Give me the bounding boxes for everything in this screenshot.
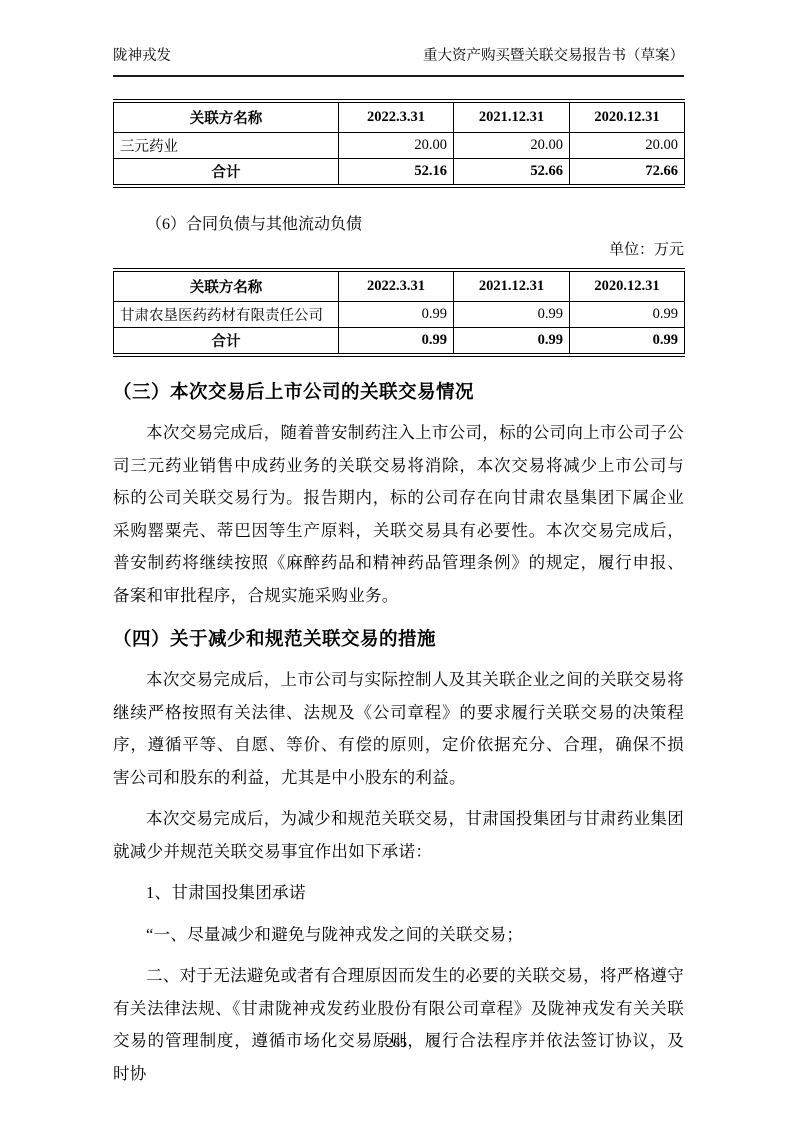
col-header-2022-3-31: 2022.3.31 — [339, 101, 454, 133]
total-2021-cell: 52.66 — [454, 159, 570, 187]
table-row: 甘肃农垦医药药材有限责任公司 0.99 0.99 0.99 — [114, 302, 685, 328]
col-header-2020-12-31: 2020.12.31 — [570, 101, 685, 133]
table-header-row: 关联方名称 2022.3.31 2021.12.31 2020.12.31 — [114, 270, 685, 302]
total-2022-cell: 52.16 — [339, 159, 454, 187]
commitment-text-2: 二、对于无法避免或者有合理原因而发生的必要的关联交易，将严格遵守有关法律法规、《… — [113, 960, 684, 1090]
col-header-2020-12-31: 2020.12.31 — [570, 270, 685, 302]
value-2021-cell: 20.00 — [454, 133, 570, 159]
header-report-title: 重大资产购买暨关联交易报告书（草案） — [423, 46, 684, 66]
contract-liabilities-table: 关联方名称 2022.3.31 2021.12.31 2020.12.31 甘肃… — [113, 268, 685, 357]
total-label-cell: 合计 — [114, 328, 339, 356]
value-2021-cell: 0.99 — [454, 302, 570, 328]
value-2022-cell: 0.99 — [339, 302, 454, 328]
party-name-cell: 甘肃农垦医药药材有限责任公司 — [114, 302, 339, 328]
commitment-text-1: “一、尽量减少和避免与陇神戎发之间的关联交易； — [113, 919, 684, 952]
running-header: 陇神戎发 重大资产购买暨关联交易报告书（草案） — [113, 0, 684, 77]
section-4-paragraph-2: 本次交易完成后，为减少和规范关联交易，甘肃国投集团与甘肃药业集团就减少并规范关联… — [113, 803, 684, 868]
total-2020-cell: 0.99 — [570, 328, 685, 356]
table-header-row: 关联方名称 2022.3.31 2021.12.31 2020.12.31 — [114, 101, 685, 133]
value-2020-cell: 20.00 — [570, 133, 685, 159]
section-4-heading: （四）关于减少和规范关联交易的措施 — [113, 626, 684, 652]
party-name-cell: 三元药业 — [114, 133, 339, 159]
col-header-2022-3-31: 2022.3.31 — [339, 270, 454, 302]
total-label-cell: 合计 — [114, 159, 339, 187]
table-row: 三元药业 20.00 20.00 20.00 — [114, 133, 685, 159]
col-header-party-name: 关联方名称 — [114, 101, 339, 133]
col-header-2021-12-31: 2021.12.31 — [454, 101, 570, 133]
prepayments-table: 关联方名称 2022.3.31 2021.12.31 2020.12.31 三元… — [113, 99, 685, 188]
total-2021-cell: 0.99 — [454, 328, 570, 356]
section-4-paragraph-1: 本次交易完成后，上市公司与实际控制人及其关联企业之间的关联交易将继续严格按照有关… — [113, 664, 684, 794]
page-number: 265 — [0, 1036, 793, 1052]
total-2022-cell: 0.99 — [339, 328, 454, 356]
value-2020-cell: 0.99 — [570, 302, 685, 328]
col-header-2021-12-31: 2021.12.31 — [454, 270, 570, 302]
value-2022-cell: 20.00 — [339, 133, 454, 159]
header-company-name: 陇神戎发 — [113, 46, 171, 66]
report-page: 陇神戎发 重大资产购买暨关联交易报告书（草案） 关联方名称 2022.3.31 … — [0, 0, 793, 1122]
section-3-paragraph: 本次交易完成后，随着普安制药注入上市公司，标的公司向上市公司子公司三元药业销售中… — [113, 417, 684, 612]
page-content: 陇神戎发 重大资产购买暨关联交易报告书（草案） 关联方名称 2022.3.31 … — [113, 0, 684, 1090]
table-total-row: 合计 52.16 52.66 72.66 — [114, 159, 685, 187]
total-2020-cell: 72.66 — [570, 159, 685, 187]
section-3-heading: （三）本次交易后上市公司的关联交易情况 — [113, 379, 684, 405]
col-header-party-name: 关联方名称 — [114, 270, 339, 302]
subsection-6-heading: （6）合同负债与其他流动负债 — [113, 214, 684, 236]
unit-note: 单位：万元 — [113, 240, 684, 260]
table-total-row: 合计 0.99 0.99 0.99 — [114, 328, 685, 356]
commitment-list-item-1: 1、甘肃国投集团承诺 — [113, 877, 684, 910]
